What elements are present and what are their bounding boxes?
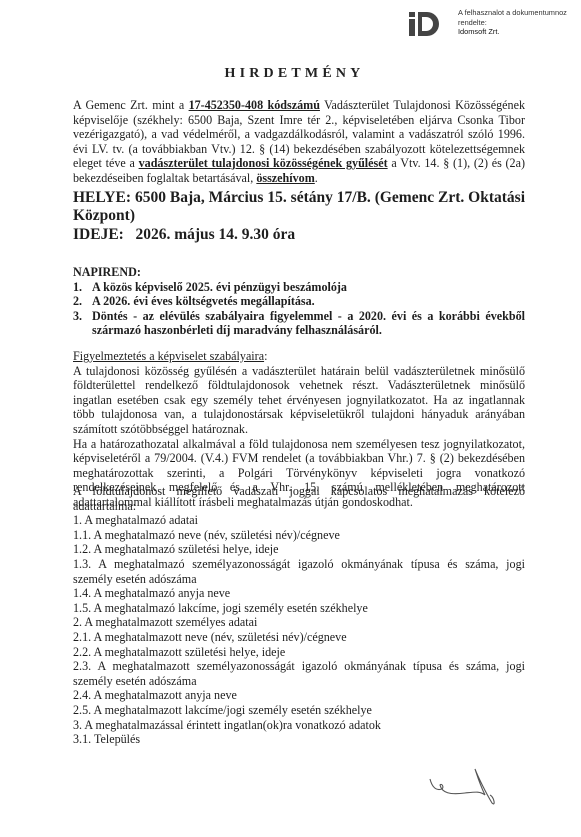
- agenda-item-text: A közös képviselő 2025. évi pénzügyi bes…: [92, 280, 347, 294]
- stamp-line-1: A felhasznalot a dokumentumnoz: [458, 8, 567, 18]
- time-label: IDEJE:: [73, 226, 124, 243]
- meeting-name: vadászterület tulajdonosi közösségének g…: [139, 156, 388, 170]
- signature-icon: [420, 765, 540, 815]
- warning-header: Figyelmeztetés a képviselet szabályaira: [73, 349, 264, 363]
- mandate-content: A földtulajdonost megillető vadászati jo…: [73, 484, 525, 747]
- meeting-location: HELYE: 6500 Baja, Március 15. sétány 17/…: [73, 189, 525, 225]
- agenda-list: 1.A közös képviselő 2025. évi pénzügyi b…: [73, 280, 525, 338]
- time-value: 2026. május 14. 9.30 óra: [135, 226, 295, 243]
- mandate-list-item: 2.5. A meghatalmazott lakcíme/jogi szemé…: [73, 703, 525, 718]
- meeting-time: IDEJE: 2026. május 14. 9.30 óra: [73, 226, 525, 244]
- mandate-list-item: 1. A meghatalmazó adatai: [73, 513, 525, 528]
- mandate-intro: A földtulajdonost megillető vadászati jo…: [73, 484, 525, 513]
- mandate-list-item: 3. A meghatalmazással érintett ingatlan(…: [73, 718, 525, 733]
- mandate-list: 1. A meghatalmazó adatai1.1. A meghatalm…: [73, 513, 525, 747]
- intro-text-1: A Gemenc Zrt. mint a: [73, 98, 189, 112]
- agenda-header: NAPIREND:: [73, 265, 525, 280]
- intro-paragraph: A Gemenc Zrt. mint a 17-452350-408 kódsz…: [73, 98, 525, 186]
- agenda: NAPIREND: 1.A közös képviselő 2025. évi …: [73, 265, 525, 338]
- convene-word: összehívom: [256, 171, 314, 185]
- agenda-item-text: A 2026. évi éves költségvetés megállapít…: [92, 294, 315, 308]
- stamp-line-2: rendelte:: [458, 18, 567, 28]
- stamp-org: Idomsoft Zrt.: [458, 27, 567, 37]
- idomsoft-logo-icon: [409, 11, 439, 37]
- location-label: HELYE:: [73, 189, 131, 206]
- agenda-item: 2.A 2026. évi éves költségvetés megállap…: [73, 294, 525, 309]
- hunting-area-code: 17-452350-408 kódszámú: [189, 98, 320, 112]
- document-title: HIRDETMÉNY: [0, 66, 581, 82]
- mandate-list-item: 3.1. Település: [73, 732, 525, 747]
- mandate-list-item: 2.3. A meghatalmazott személyazonosságát…: [73, 659, 525, 688]
- mandate-list-item: 1.4. A meghatalmazó anyja neve: [73, 586, 525, 601]
- agenda-item-text: Döntés - az elévülés szabályaira figyele…: [92, 309, 525, 338]
- agenda-item-number: 3.: [73, 309, 82, 324]
- agenda-item-number: 1.: [73, 280, 82, 295]
- mandate-list-item: 1.3. A meghatalmazó személyazonosságát i…: [73, 557, 525, 586]
- agenda-item: 3.Döntés - az elévülés szabályaira figye…: [73, 309, 525, 338]
- warning-paragraph-1: A tulajdonosi közösség gyűlésén a vadász…: [73, 364, 525, 437]
- mandate-list-item: 1.2. A meghatalmazó születési helye, ide…: [73, 542, 525, 557]
- mandate-list-item: 1.5. A meghatalmazó lakcíme, jogi személ…: [73, 601, 525, 616]
- mandate-list-item: 2.2. A meghatalmazott születési helye, i…: [73, 645, 525, 660]
- document-stamp: A felhasznalot a dokumentumnoz rendelte:…: [406, 8, 576, 44]
- agenda-item-number: 2.: [73, 294, 82, 309]
- mandate-list-item: 2.1. A meghatalmazott neve (név, születé…: [73, 630, 525, 645]
- stamp-text: A felhasznalot a dokumentumnoz rendelte:…: [458, 8, 567, 37]
- warning-header-colon: :: [264, 349, 267, 363]
- mandate-list-item: 1.1. A meghatalmazó neve (név, születési…: [73, 528, 525, 543]
- location-value: 6500 Baja, Március 15. sétány 17/B. (Gem…: [73, 189, 525, 224]
- mandate-list-item: 2. A meghatalmazott személyes adatai: [73, 615, 525, 630]
- intro-text-4: .: [315, 171, 318, 185]
- mandate-list-item: 2.4. A meghatalmazott anyja neve: [73, 688, 525, 703]
- agenda-item: 1.A közös képviselő 2025. évi pénzügyi b…: [73, 280, 525, 295]
